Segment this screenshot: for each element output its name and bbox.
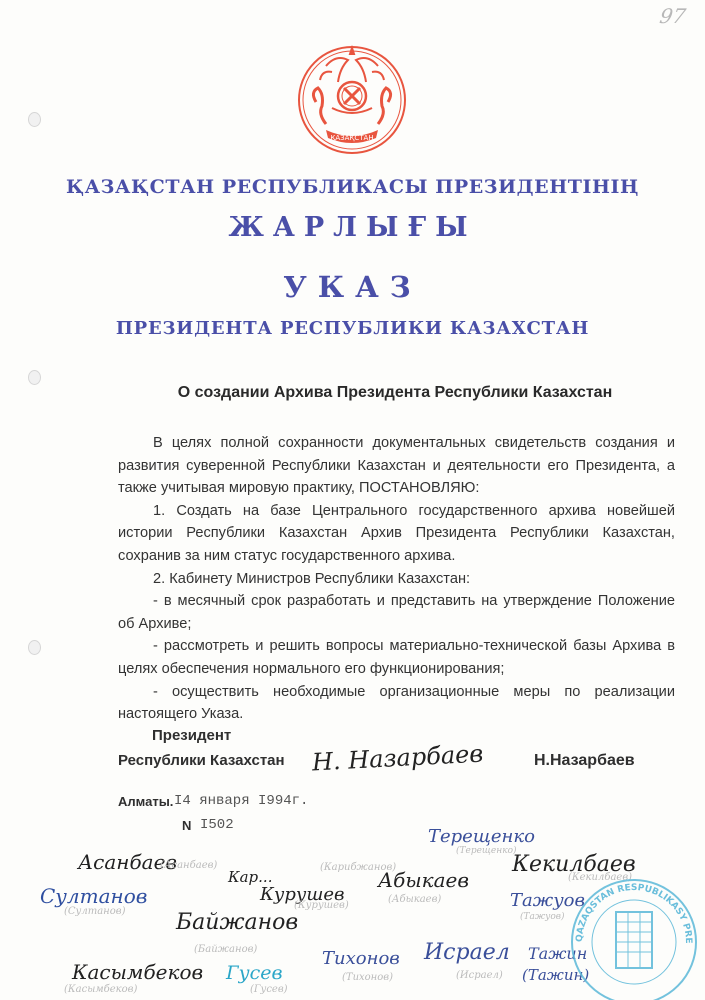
punch-hole-icon: [28, 370, 41, 385]
punch-hole-icon: [28, 112, 41, 127]
paragraph-preamble: В целях полной сохранности документальны…: [118, 432, 675, 500]
svg-text:ҚАЗАҚСТАН: ҚАЗАҚСТАН: [330, 134, 373, 142]
document-body: В целях полной сохранности документальны…: [118, 432, 675, 726]
cosignature: Касымбеков: [72, 960, 203, 984]
cosignature-label: (Курушев): [294, 900, 349, 911]
cosignature: Абыкаев: [378, 868, 469, 892]
cosignature-label: (Султанов): [64, 906, 126, 917]
svg-text:QAZAQSTAN RESPUBLIKASY PREZIDE: QAZAQSTAN RESPUBLIKASY PREZIDENTINIŃ ARH…: [566, 876, 693, 944]
cosignature-label: (Асанбаев): [160, 860, 217, 871]
decree-number: I502: [200, 817, 234, 833]
cosignature: Гусев: [226, 962, 283, 984]
paragraph-subitem-2: - рассмотреть и решить вопросы материаль…: [118, 635, 675, 680]
cosignature: Терещенко: [428, 826, 535, 847]
decree-page: 97 ҚАЗАҚСТАН ҚАЗАҚСТ: [0, 0, 705, 1000]
president-handwritten-signature: Н. Назарбаев: [311, 740, 484, 777]
cosignature-label: (Тажуов): [520, 912, 565, 922]
cosignature-label: (Исраел): [456, 970, 503, 981]
punch-hole-icon: [28, 640, 41, 655]
kazakh-heading-line2: ЖАРЛЫҒЫ: [0, 212, 705, 243]
paragraph-item-1: 1. Создать на базе Центрального государс…: [118, 500, 675, 568]
cosignature-label: (Гусев): [250, 984, 288, 995]
cosignature-label: (Касымбеков): [64, 984, 137, 995]
cosignature-label: (Байжанов): [194, 944, 257, 955]
signatory-name: Н.Назарбаев: [534, 752, 635, 770]
decree-number-label: N: [182, 818, 191, 833]
paragraph-subitem-1: - в месячный срок разработать и представ…: [118, 590, 675, 635]
signature-title-line1: Президент: [152, 727, 231, 744]
cosignature: Байжанов: [176, 910, 298, 935]
cosignature: Тихонов: [322, 948, 400, 969]
document-title: О создании Архива Президента Республики …: [0, 384, 705, 402]
paragraph-subitem-3: - осуществить необходимые организационны…: [118, 681, 675, 726]
archive-page-number: 97: [658, 4, 688, 28]
decree-date: I4 января I994г.: [174, 793, 308, 809]
cosignature-label: (Тихонов): [342, 972, 393, 983]
place-city: Алматы.: [118, 794, 173, 809]
kazakh-heading-line1: ҚАЗАҚСТАН РЕСПУБЛИКАСЫ ПРЕЗИДЕНТІНІҢ: [0, 176, 705, 198]
russian-heading-line1: УКАЗ: [0, 270, 705, 304]
signature-title-line2: Республики Казахстан: [118, 752, 285, 769]
state-emblem-icon: ҚАЗАҚСТАН: [296, 44, 408, 156]
russian-heading-line2: ПРЕЗИДЕНТА РЕСПУБЛИКИ КАЗАХСТАН: [0, 318, 705, 339]
archive-stamp-icon: QAZAQSTAN RESPUBLIKASY PREZIDENTINIŃ ARH…: [566, 876, 704, 1000]
paragraph-item-2: 2. Кабинету Министров Республики Казахст…: [118, 568, 675, 591]
cosignature-label: (Терещенко): [456, 846, 517, 856]
cosignature: Султанов: [40, 884, 147, 908]
cosignature-label: (Абыкаев): [388, 894, 441, 905]
cosignature: Исраел: [424, 940, 510, 965]
